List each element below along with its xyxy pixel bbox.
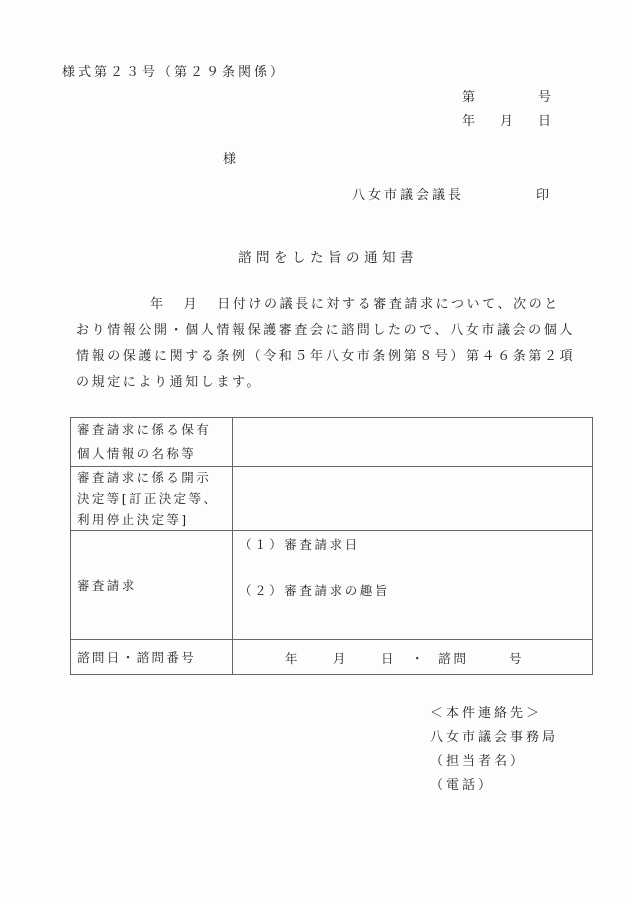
body-year: 年 xyxy=(150,297,166,312)
label-line: 審査請求 xyxy=(77,575,226,596)
inquiry-month: 月 xyxy=(333,649,346,667)
label-inquiry-date-number: 諮問日・諮問番号 xyxy=(71,640,233,675)
item-request-date: （１）審査請求日 xyxy=(239,535,586,581)
seal-mark: 印 xyxy=(536,184,549,203)
body-line-2: おり情報公開・個人情報保護審査会に諮問したので、八女市議会の個人 xyxy=(76,318,596,344)
label-line: 利用停止決定等] xyxy=(77,509,226,530)
contact-heading: ＜本件連絡先＞ xyxy=(430,702,542,721)
inquiry-number-suffix: 号 xyxy=(509,649,522,667)
inquiry-label: 諮問 xyxy=(438,649,469,667)
body-line-3: 情報の保護に関する条例（令和５年八女市条例第８号）第４６条第２項 xyxy=(76,344,596,370)
date-year: 年 xyxy=(462,110,475,129)
label-line: 個人情報の名称等 xyxy=(77,442,226,466)
inquiry-year: 年 xyxy=(285,649,298,667)
value-disclosure-decision[interactable] xyxy=(233,467,593,531)
date-day: 日 xyxy=(538,110,551,129)
body-line-1: 年月日付けの議長に対する審査請求について、次のと xyxy=(76,292,596,318)
contact-phone: （電話） xyxy=(430,774,494,793)
body-line-4: の規定により通知します。 xyxy=(76,370,596,396)
label-disclosure-decision: 審査請求に係る開示 決定等[訂正決定等、 利用停止決定等] xyxy=(71,467,233,531)
label-line: 諮問日・諮問番号 xyxy=(77,647,226,668)
body-month: 月 xyxy=(184,297,200,312)
value-personal-info-name[interactable] xyxy=(233,418,593,467)
table-row: 諮問日・諮問番号 年 月 日 ・ 諮問 号 xyxy=(71,640,593,675)
sender-name: 八女市議会議長 xyxy=(352,184,464,203)
table-row: 審査請求に係る保有 個人情報の名称等 xyxy=(71,418,593,467)
item-request-purpose: （２）審査請求の趣旨 xyxy=(239,581,586,599)
label-line: 審査請求に係る開示 xyxy=(77,467,226,488)
contact-office: 八女市議会事務局 xyxy=(430,726,558,745)
table-row: 審査請求に係る開示 決定等[訂正決定等、 利用停止決定等] xyxy=(71,467,593,531)
value-review-request[interactable]: （１）審査請求日 （２）審査請求の趣旨 xyxy=(233,531,593,640)
number-prefix: 第 xyxy=(462,86,475,105)
label-review-request: 審査請求 xyxy=(71,531,233,640)
body-line-1-rest: 日付けの議長に対する審査請求について、次のと xyxy=(217,297,560,312)
inquiry-day: 日 xyxy=(381,649,394,667)
number-suffix: 号 xyxy=(538,86,551,105)
addressee-suffix: 様 xyxy=(223,148,236,167)
value-inquiry-date-number[interactable]: 年 月 日 ・ 諮問 号 xyxy=(233,640,593,675)
label-line: 決定等[訂正決定等、 xyxy=(77,488,226,509)
separator-dot: ・ xyxy=(411,649,424,667)
label-personal-info-name: 審査請求に係る保有 個人情報の名称等 xyxy=(71,418,233,467)
form-number: 様式第２３号（第２９条関係） xyxy=(62,61,286,80)
contact-person: （担当者名） xyxy=(430,750,526,769)
document-title: 諮問をした旨の通知書 xyxy=(238,246,418,266)
label-line: 審査請求に係る保有 xyxy=(77,418,226,442)
table-row: 審査請求 （１）審査請求日 （２）審査請求の趣旨 xyxy=(71,531,593,640)
request-details-table: 審査請求に係る保有 個人情報の名称等 審査請求に係る開示 決定等[訂正決定等、 … xyxy=(70,417,593,675)
date-month: 月 xyxy=(500,110,513,129)
